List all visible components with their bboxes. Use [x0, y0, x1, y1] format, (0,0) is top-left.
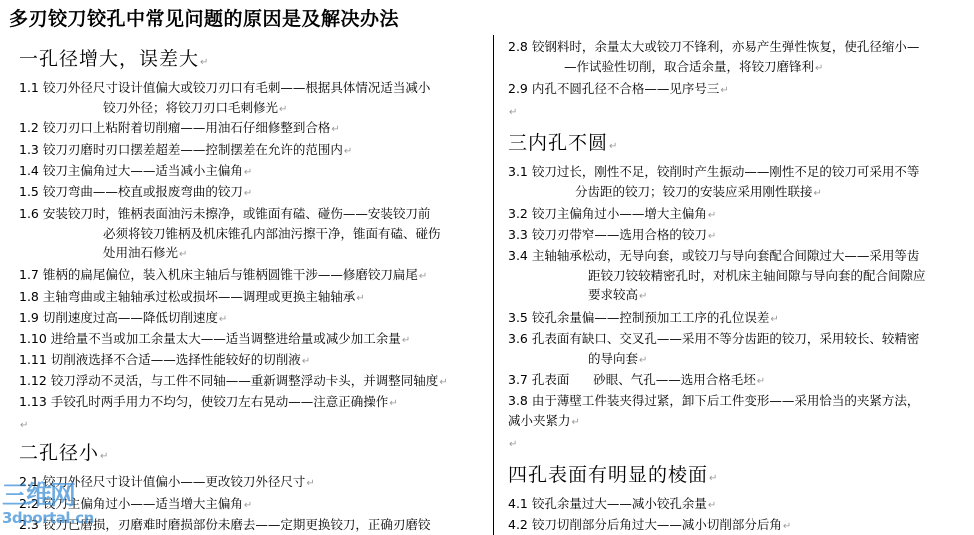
list-item: 1.5 铰刀弯曲——校直或报废弯曲的铰刀↵ — [19, 182, 252, 204]
paragraph-mark-icon: ↵ — [439, 377, 447, 388]
list-item: 2.8 铰钢料时，余量太大或铰刀不锋利，亦易产生弹性恢复，使孔径缩小— —作试验… — [508, 37, 919, 78]
paragraph-mark-icon: ↵ — [509, 107, 517, 118]
paragraph-mark-icon: ↵ — [244, 167, 252, 178]
list-item: 3.7 孔表面 砂眼、气孔——选用合格毛坯↵ — [508, 370, 765, 392]
column-divider — [493, 35, 494, 535]
paragraph-mark-icon: ↵ — [572, 417, 580, 428]
paragraph-mark-icon: ↵ — [306, 478, 314, 489]
list-item: 3.1 铰刀过长，刚性不足，铰削时产生振动——刚性不足的铰刀可采用不等 分齿距的… — [508, 162, 919, 203]
list-item: 3.3 铰刀刃带窄——选用合格的铰刀↵ — [508, 225, 716, 247]
paragraph-mark-icon: ↵ — [708, 210, 716, 221]
paragraph-mark-icon: ↵ — [708, 500, 716, 511]
paragraph-mark-icon: ↵ — [389, 398, 397, 409]
list-item: 2.1 铰刀外径尺寸设计值偏小——更改铰刀外径尺寸↵ — [19, 472, 315, 494]
list-item: 1.9 切削速度过高——降低切削速度↵ — [19, 308, 227, 330]
list-item: 3.2 铰刀主偏角过小——增大主偏角↵ — [508, 204, 716, 226]
list-item: 2.3 铰刀已磨损，刃磨难时磨损部份未磨去——定期更换铰刀，正确刃磨铰 — [19, 515, 430, 535]
section-heading-4: 四孔表面有明显的棱面↵ — [508, 460, 718, 487]
list-item: 2.2 铰刀主偏角过小——适当增大主偏角↵ — [19, 494, 252, 516]
paragraph-mark-icon: ↵ — [639, 355, 647, 366]
paragraph-mark-icon: ↵ — [344, 146, 352, 157]
paragraph-mark-icon: ↵ — [783, 521, 791, 532]
paragraph-mark-icon: ↵ — [100, 451, 109, 462]
paragraph-mark-icon: ↵ — [720, 85, 728, 96]
list-item: 1.7 锥柄的扁尾偏位，装入机床主轴后与锥柄圆锥干涉——修磨铰刀扁尾↵ — [19, 265, 427, 287]
paragraph-mark-icon: ↵ — [708, 231, 716, 242]
list-item: 3.4 主轴轴承松动，无导向套，或铰刀与导向套配合间隙过大——采用等齿 距铰刀铰… — [508, 246, 926, 307]
list-item: 1.6 安装铰刀时，锥柄表面油污未擦净，或锥面有磕、碰伤——安装铰刀前 必须将铰… — [19, 204, 441, 265]
paragraph-mark-icon: ↵ — [419, 271, 427, 282]
paragraph-mark-icon: ↵ — [302, 356, 310, 367]
paragraph-mark-icon: ↵ — [279, 104, 287, 115]
list-item: 1.11 切削液选择不合适——选择性能较好的切削液↵ — [19, 350, 310, 372]
empty-paragraph: ↵ — [19, 414, 28, 436]
paragraph-mark-icon: ↵ — [757, 376, 765, 387]
paragraph-mark-icon: ↵ — [200, 57, 209, 68]
list-item: 1.10 进给量不当或加工余量太大——适当调整进给量或减少加工余量↵ — [19, 329, 410, 351]
paragraph-mark-icon: ↵ — [356, 293, 364, 304]
section-heading-3: 三内孔不圆↵ — [508, 128, 618, 155]
paragraph-mark-icon: ↵ — [179, 249, 187, 260]
document-title: 多刃铰刀铰孔中常见问题的原因是及解决办法 — [9, 4, 399, 31]
list-item: 4.1 铰孔余量过大——减小铰孔余量↵ — [508, 494, 716, 516]
paragraph-mark-icon: ↵ — [709, 473, 718, 484]
list-item: 3.6 孔表面有缺口、交叉孔——采用不等分齿距的铰刀，采用较长、较精密 的导向套… — [508, 329, 919, 370]
section-heading-2: 二孔径小↵ — [19, 438, 109, 465]
paragraph-mark-icon: ↵ — [402, 335, 410, 346]
paragraph-mark-icon: ↵ — [331, 124, 339, 135]
list-item: 3.8 由于薄壁工件装夹得过紧，卸下后工件变形——采用恰当的夹紧方法， 减小夹紧… — [508, 391, 919, 432]
list-item: 1.1 铰刀外径尺寸设计值偏大或铰刀刃口有毛刺——根据具体情况适当减小 铰刀外径… — [19, 78, 430, 119]
list-item: 1.4 铰刀主偏角过大——适当减小主偏角↵ — [19, 161, 252, 183]
empty-paragraph: ↵ — [508, 433, 517, 455]
list-item: 1.13 手铰孔时两手用力不均匀，使铰刀左右晃动——注意正确操作↵ — [19, 392, 398, 414]
paragraph-mark-icon: ↵ — [639, 291, 647, 302]
empty-paragraph: ↵ — [508, 101, 517, 123]
list-item: 4.2 铰刀切削部分后角过大——减小切削部分后角↵ — [508, 515, 791, 535]
section-heading-1: 一孔径增大，误差大↵ — [19, 44, 209, 71]
list-item: 1.12 铰刀浮动不灵活，与工件不同轴——重新调整浮动卡头，并调整同轴度↵ — [19, 371, 448, 393]
paragraph-mark-icon: ↵ — [814, 188, 822, 199]
paragraph-mark-icon: ↵ — [244, 188, 252, 199]
list-item: 2.9 内孔不圆孔径不合格——见序号三↵ — [508, 79, 729, 101]
list-item: 1.3 铰刀刃磨时刃口摆差超差——控制摆差在允许的范围内↵ — [19, 140, 352, 162]
list-item: 1.2 铰刀刃口上粘附着切削瘤——用油石仔细修整到合格↵ — [19, 118, 340, 140]
paragraph-mark-icon: ↵ — [770, 314, 778, 325]
paragraph-mark-icon: ↵ — [244, 500, 252, 511]
paragraph-mark-icon: ↵ — [609, 141, 618, 152]
list-item: 1.8 主轴弯曲或主轴轴承过松或损坏——调理或更换主轴轴承↵ — [19, 287, 365, 309]
paragraph-mark-icon: ↵ — [509, 439, 517, 450]
paragraph-mark-icon: ↵ — [815, 63, 823, 74]
paragraph-mark-icon: ↵ — [20, 420, 28, 431]
paragraph-mark-icon: ↵ — [219, 314, 227, 325]
list-item: 3.5 铰孔余量偏——控制预加工工序的孔位误差↵ — [508, 308, 779, 330]
